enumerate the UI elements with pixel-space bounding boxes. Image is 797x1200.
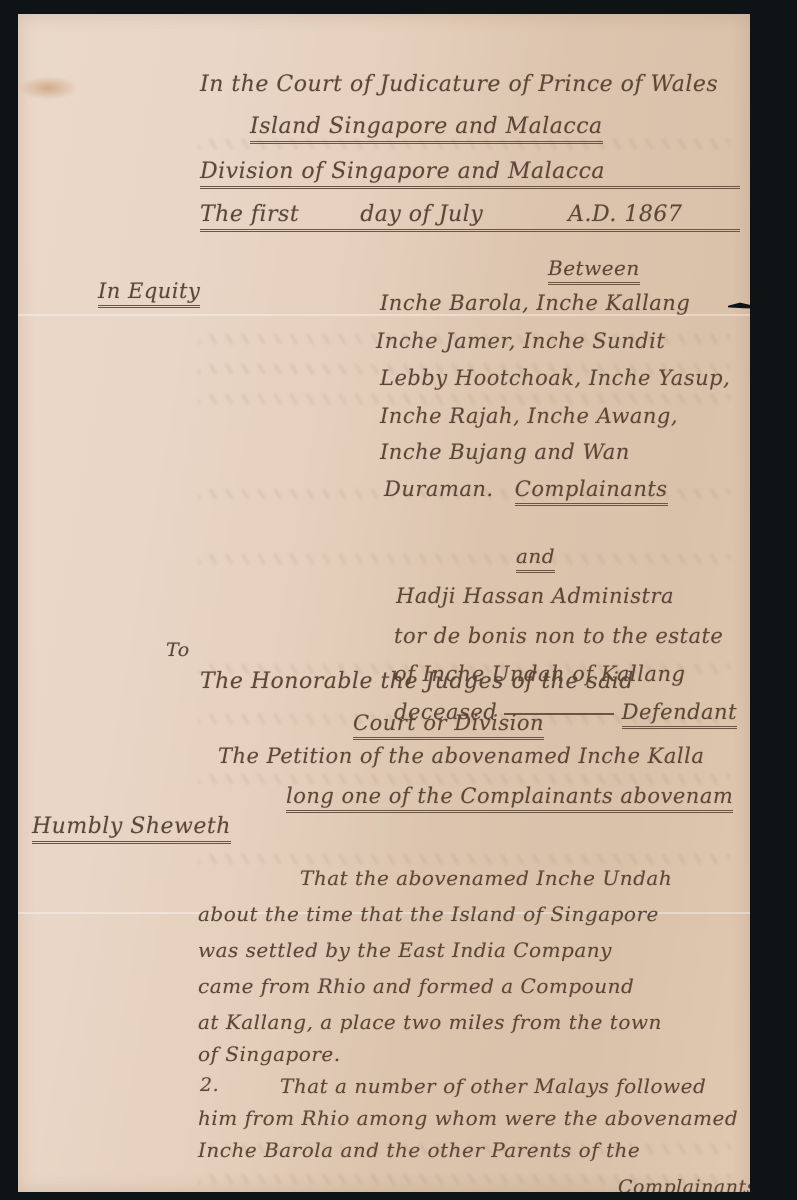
to-label: To bbox=[166, 639, 190, 661]
addressee-line2: Court or Division bbox=[353, 711, 544, 740]
paragraph-2-line: him from Rhio among whom were the aboven… bbox=[198, 1106, 738, 1130]
paper-tear bbox=[728, 301, 750, 309]
defendant-line: Hadji Hassan Administra bbox=[396, 584, 674, 608]
humbly-sheweth-label: Humbly Sheweth bbox=[32, 814, 231, 844]
complainants-label: Complainants bbox=[515, 477, 668, 506]
paper-stain bbox=[18, 76, 78, 100]
paragraph-1-line: came from Rhio and formed a Compound bbox=[198, 974, 634, 998]
between-label: Between bbox=[548, 256, 640, 285]
date-year: A.D. 1867 bbox=[568, 202, 682, 227]
petition-line1: The Petition of the abovenamed Inche Kal… bbox=[218, 744, 704, 768]
in-equity-label: In Equity bbox=[98, 279, 200, 308]
paragraph-2-line: Inche Barola and the other Parents of th… bbox=[198, 1138, 640, 1162]
date-month: day of July bbox=[360, 202, 483, 227]
court-date-line: The first day of July A.D. 1867 bbox=[200, 202, 740, 232]
paragraph-2-line: That a number of other Malays followed bbox=[280, 1074, 706, 1098]
petition-line2: long one of the Complainants abovenam bbox=[286, 784, 733, 813]
complainant-line: Inche Rajah, Inche Awang, bbox=[380, 404, 678, 428]
complainant-line: Lebby Hootchoak, Inche Yasup, bbox=[380, 366, 730, 390]
complainant-line: Duraman. Complainants bbox=[384, 477, 668, 501]
court-heading-line1: In the Court of Judicature of Prince of … bbox=[200, 72, 718, 97]
complainant-line: Inche Barola, Inche Kallang bbox=[380, 291, 690, 315]
court-heading-line3: Division of Singapore and Malacca bbox=[200, 159, 740, 189]
complainant-last-name: Duraman. bbox=[384, 477, 494, 501]
paragraph-1-line: was settled by the East India Company bbox=[198, 938, 612, 962]
complainant-line: Inche Jamer, Inche Sundit bbox=[376, 329, 665, 353]
court-heading-line2: Island Singapore and Malacca bbox=[250, 114, 603, 144]
paragraph-1-line: That the abovenamed Inche Undah bbox=[300, 866, 672, 890]
paragraph-1-line: at Kallang, a place two miles from the t… bbox=[198, 1010, 662, 1034]
paragraph-1-line: about the time that the Island of Singap… bbox=[198, 902, 659, 926]
complainant-line: Inche Bujang and Wan bbox=[380, 440, 630, 464]
date-day: The first bbox=[200, 202, 299, 227]
and-label: and bbox=[516, 544, 555, 573]
addressee-line1: The Honorable the Judges of the said bbox=[200, 669, 634, 694]
document-page: In the Court of Judicature of Prince of … bbox=[18, 14, 750, 1192]
paragraph-2-number: 2. bbox=[200, 1074, 219, 1096]
defendant-label: Defendant bbox=[622, 700, 737, 729]
paragraph-1-line: of Singapore. bbox=[198, 1042, 341, 1066]
paragraph-2-line: Complainants bbox=[618, 1176, 750, 1192]
defendant-line: tor de bonis non to the estate bbox=[394, 624, 723, 648]
